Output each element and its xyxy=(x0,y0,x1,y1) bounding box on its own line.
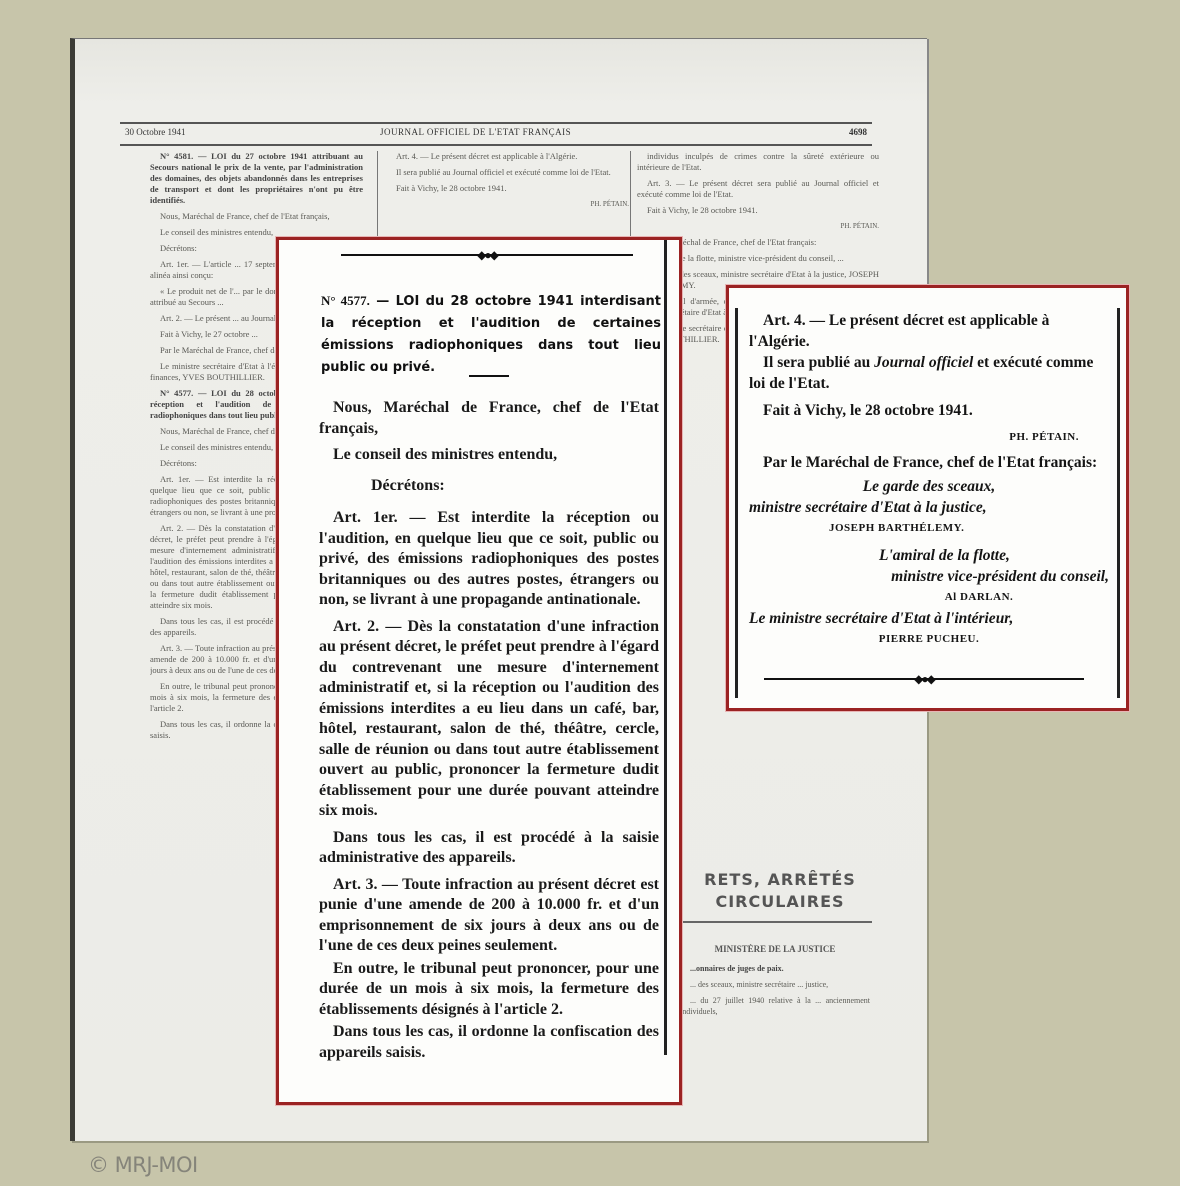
background-paragraph: PH. PÉTAIN. xyxy=(637,221,879,232)
copyright-watermark: © MRJ-MOI xyxy=(88,1153,198,1177)
ornament-divider: ◆●◆ xyxy=(341,249,633,261)
signature-darlan: Al DARLAN. xyxy=(749,587,1109,608)
background-paragraph: individus inculpés de crimes contre la s… xyxy=(637,151,879,173)
article-4: Art. 4. — Le présent décret est applicab… xyxy=(749,310,1109,352)
section-divider xyxy=(680,921,872,923)
interieur-title: Le ministre secrétaire d'Etat à l'intéri… xyxy=(749,608,1109,629)
ministry-heading: MINISTÈRE DE LA JUSTICE xyxy=(680,944,870,955)
article-2-continued: Dans tous les cas, il est procédé à la s… xyxy=(319,828,659,869)
background-paragraph: Fait à Vichy, le 28 octobre 1941. xyxy=(637,205,879,216)
background-column-3b: MINISTÈRE DE LA JUSTICE ...onnaires de j… xyxy=(680,944,870,1104)
law-title-text: — LOI du 28 octobre 1941 interdisant la … xyxy=(321,294,661,375)
title-rule xyxy=(469,375,509,377)
signatures-body: Art. 4. — Le présent décret est applicab… xyxy=(749,310,1109,650)
background-paragraph: Art. 3. — Le présent décret sera publié … xyxy=(637,178,879,200)
article-3: Art. 3. — Toute infraction au présent dé… xyxy=(319,875,659,957)
background-paragraph: ...onnaires de juges de paix. xyxy=(680,963,870,974)
background-paragraph: PH. PÉTAIN. xyxy=(386,199,629,210)
background-paragraph: Art. 4. — Le présent décret est applicab… xyxy=(386,151,629,162)
article-3-continued: En outre, le tribunal peut prononcer, po… xyxy=(319,959,659,1021)
background-paragraph: Fait à Vichy, le 28 octobre 1941. xyxy=(386,183,629,194)
signature-petain: PH. PÉTAIN. xyxy=(749,427,1079,448)
background-paragraph: Il sera publié au Journal officiel et ex… xyxy=(386,167,629,178)
ornament-divider-bottom: ◆●◆ xyxy=(764,673,1084,685)
law-title: N° 4577. — LOI du 28 octobre 1941 interd… xyxy=(321,290,661,379)
article-3-confiscation: Dans tous les cas, il ordonne la confisc… xyxy=(319,1022,659,1063)
law-number: N° 4577. xyxy=(321,293,370,308)
done-at: Fait à Vichy, le 28 octobre 1941. xyxy=(749,400,1109,421)
preamble-2: Le conseil des ministres entendu, xyxy=(319,445,659,466)
decretons: Décrétons: xyxy=(319,476,659,497)
header-title: JOURNAL OFFICIEL DE L'ETAT FRANÇAIS xyxy=(380,127,571,137)
ornament-icon: ◆●◆ xyxy=(477,249,497,261)
background-paragraph: Nous, Maréchal de France, chef de l'Etat… xyxy=(150,211,363,222)
column-rule-left xyxy=(735,308,738,698)
background-paragraph: N° 4581. — LOI du 27 octobre 1941 attrib… xyxy=(150,151,363,206)
law-body: Nous, Maréchal de France, chef de l'Etat… xyxy=(319,390,659,1069)
amiral-title-1: L'amiral de la flotte, xyxy=(749,545,1109,566)
article-1: Art. 1er. — Est interdite la réception o… xyxy=(319,508,659,611)
garde-title-2: ministre secrétaire d'Etat à la justice, xyxy=(749,497,1109,518)
journal-header: 30 Octobre 1941 JOURNAL OFFICIEL DE L'ET… xyxy=(120,122,872,146)
garde-title-1: Le garde des sceaux, xyxy=(749,476,1109,497)
section-title: RETS, ARRÊTÉS CIRCULAIRES xyxy=(680,869,880,913)
highlight-law-extract: ◆●◆ N° 4577. — LOI du 28 octobre 1941 in… xyxy=(276,237,682,1105)
header-date: 30 Octobre 1941 xyxy=(125,127,186,137)
journal-officiel-italic: Journal officiel xyxy=(874,354,973,371)
article-2: Art. 2. — Dès la constatation d'une infr… xyxy=(319,617,659,822)
signature-pucheu: PIERRE PUCHEU. xyxy=(749,629,1109,650)
signature-barthelemy: JOSEPH BARTHÉLEMY. xyxy=(749,518,1109,539)
highlight-signatures-extract: Art. 4. — Le présent décret est applicab… xyxy=(726,285,1129,711)
background-paragraph: ... du 27 juillet 1940 relative à la ...… xyxy=(680,995,870,1017)
background-paragraph: ... des sceaux, ministre secrétaire ... … xyxy=(680,979,870,990)
ornament-icon: ◆●◆ xyxy=(914,673,934,685)
by-marechal: Par le Maréchal de France, chef de l'Eta… xyxy=(749,454,1109,472)
column-rule xyxy=(664,240,667,1055)
amiral-title-2: ministre vice-président du conseil, xyxy=(749,566,1109,587)
header-page-number: 4698 xyxy=(849,127,867,137)
preamble-1: Nous, Maréchal de France, chef de l'Etat… xyxy=(319,398,659,439)
column-rule-right xyxy=(1117,308,1120,698)
publication-clause: Il sera publié au Journal officiel et ex… xyxy=(749,352,1109,394)
